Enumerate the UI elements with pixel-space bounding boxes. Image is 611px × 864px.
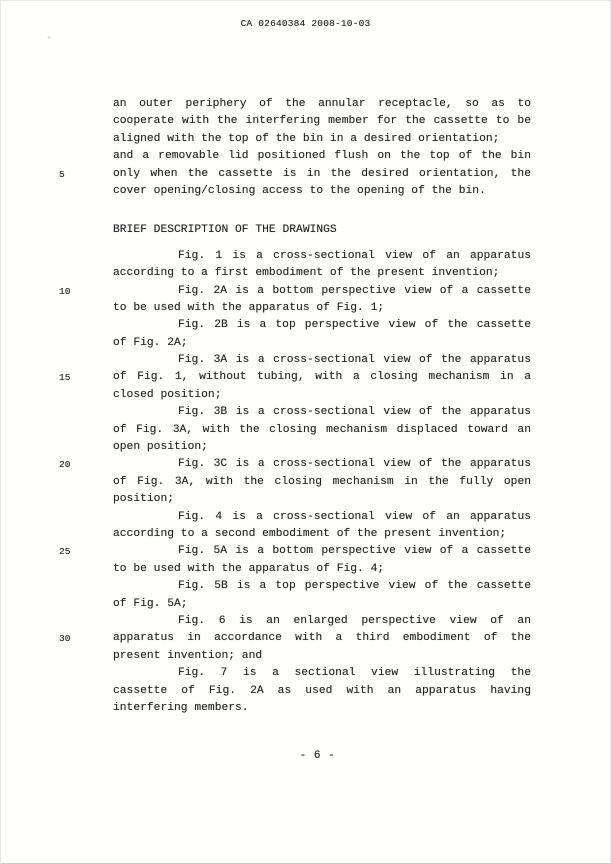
section-heading: BRIEF DESCRIPTION OF THE DRAWINGS	[113, 222, 531, 239]
text-line: Fig. 4 is a cross-sectional view of an a…	[113, 509, 531, 526]
text-line: cooperate with the interfering member fo…	[113, 113, 531, 130]
scan-artifact	[47, 35, 52, 39]
line-number: 30	[59, 630, 89, 647]
text-line: present invention; and	[113, 648, 531, 665]
text-line: cover opening/closing access to the open…	[113, 183, 531, 200]
text-line: to be used with the apparatus of Fig. 1;	[113, 300, 531, 317]
patent-page: CA 02640384 2008-10-03 an outer peripher…	[0, 0, 611, 864]
text-line: interfering members.	[113, 700, 531, 717]
text-line: Fig. 3B is a cross-sectional view of the…	[113, 404, 531, 421]
line-number: 25	[59, 543, 89, 560]
text-line: an outer periphery of the annular recept…	[113, 96, 531, 113]
text-line: and a removable lid positioned flush on …	[113, 148, 531, 165]
text-line: of Fig. 5A;	[113, 596, 531, 613]
text-line: closed position;	[113, 387, 531, 404]
body-text: an outer periphery of the annular recept…	[113, 96, 531, 717]
text-line: Fig. 5B is a top perspective view of the…	[113, 578, 531, 595]
line-number: 10	[59, 283, 89, 300]
text-line: of Fig. 2A;	[113, 335, 531, 352]
text-line: Fig. 3A is a cross-sectional view of the…	[113, 352, 531, 369]
page-number: - 6 -	[1, 750, 610, 762]
text-line: Fig. 1 is a cross-sectional view of an a…	[113, 248, 531, 265]
document-id-header: CA 02640384 2008-10-03	[1, 18, 610, 29]
text-line: Fig. 3C is a cross-sectional view of the…	[113, 456, 531, 473]
line-number: 5	[59, 166, 89, 183]
blank-line	[113, 240, 531, 248]
text-line: only when the cassette is in the desired…	[113, 166, 531, 183]
text-line: aligned with the top of the bin in a des…	[113, 131, 531, 148]
text-line: of Fig. 3A, with the closing mechanism i…	[113, 474, 531, 491]
text-line: of Fig. 3A, with the closing mechanism d…	[113, 422, 531, 439]
text-line: of Fig. 1, without tubing, with a closin…	[113, 369, 531, 386]
text-line: Fig. 7 is a sectional view illustrating …	[113, 665, 531, 682]
text-line: cassette of Fig. 2A as used with an appa…	[113, 683, 531, 700]
text-line: position;	[113, 491, 531, 508]
text-line: Fig. 2B is a top perspective view of the…	[113, 317, 531, 334]
text-line: Fig. 2A is a bottom perspective view of …	[113, 283, 531, 300]
text-line: open position;	[113, 439, 531, 456]
text-line: according to a second embodiment of the …	[113, 526, 531, 543]
text-line: Fig. 6 is an enlarged perspective view o…	[113, 613, 531, 630]
line-number: 20	[59, 456, 89, 473]
line-number: 15	[59, 369, 89, 386]
text-line: to be used with the apparatus of Fig. 4;	[113, 561, 531, 578]
blank-line	[113, 200, 531, 222]
text-line: apparatus in accordance with a third emb…	[113, 630, 531, 647]
text-line: Fig. 5A is a bottom perspective view of …	[113, 543, 531, 560]
text-line: according to a first embodiment of the p…	[113, 265, 531, 282]
